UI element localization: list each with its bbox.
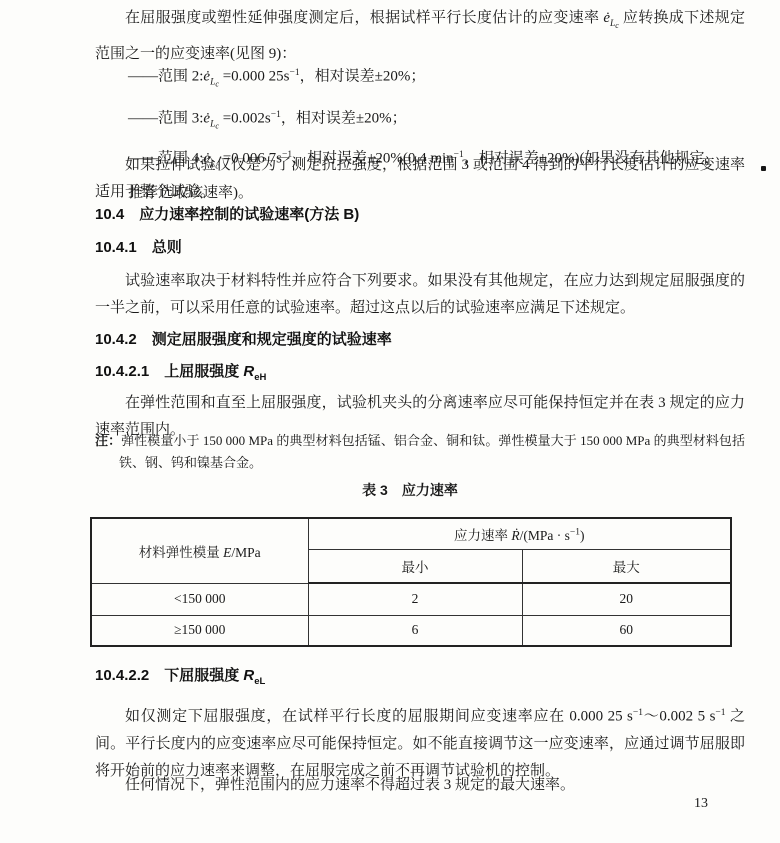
table-cell-modulus-ge: ≥150 000: [91, 615, 308, 646]
table-header-material-modulus: 材料弹性模量 E/MPa: [91, 518, 308, 583]
final-paragraph-block: 任何情况下，弹性范围内的应力速率不得超过表 3 规定的最大速率。: [95, 772, 745, 799]
text-segment: eH: [254, 372, 266, 383]
text-segment: R: [243, 667, 254, 684]
text-segment: −1: [715, 708, 725, 718]
note-elastic-modulus: 注：弹性模量小于 150 000 MPa 的典型材料包括锰、铝合金、铜和钛。弹性…: [95, 430, 745, 474]
text-segment: ，相对误差±20%；: [281, 110, 407, 126]
table-row: <150 000 2 20: [91, 583, 731, 615]
table-cell-modulus-lt: <150 000: [91, 583, 308, 615]
section-10-4-1-block: 10.4.1 总则: [95, 238, 745, 258]
text-segment: ——范围 3:: [128, 110, 203, 126]
text-segment: −1: [633, 708, 643, 718]
text-segment: −1: [290, 68, 300, 78]
text-segment: /MPa: [231, 545, 260, 560]
tensile-strength-paragraph-block: 如果拉伸试验仅仅是为了测定抗拉强度，根据范围 3 或范围 4 得到的平行长度估计…: [95, 152, 745, 206]
paragraph-general-rules: 试验速率取决于材料特性并应符合下列要求。如果没有其他规定，在应力达到规定屈服强度…: [95, 268, 745, 322]
general-rules-paragraph-block: 试验速率取决于材料特性并应符合下列要求。如果没有其他规定，在应力达到规定屈服强度…: [95, 268, 745, 322]
section-10-4-block: 10.4 应力速率控制的试验速率(方法 B): [95, 205, 745, 225]
table-cell-min-lt: 2: [308, 583, 522, 615]
table-cell-max-ge: 60: [522, 615, 731, 646]
text-segment: ～0.002 5 s: [643, 709, 715, 725]
table-header-min: 最小: [308, 549, 522, 583]
paragraph-tensile-strength-only: 如果拉伸试验仅仅是为了测定抗拉强度，根据范围 3 或范围 4 得到的平行长度估计…: [95, 152, 745, 206]
table-header-max: 最大: [522, 549, 731, 583]
text-segment: 在屈服强度或塑性延伸强度测定后，根据试样平行长度估计的应变速率: [125, 10, 603, 26]
list-item-range-3: ——范围 3:ėLc =0.002s−1，相对误差±20%；: [128, 102, 745, 140]
note-label: 注：: [95, 433, 121, 448]
page-number: 13: [694, 796, 708, 812]
text-segment: R: [243, 363, 254, 380]
table-cell-min-ge: 6: [308, 615, 522, 646]
table-caption: 表 3 应力速率: [90, 481, 730, 499]
text-segment: Ṙ: [511, 528, 519, 543]
text-segment: ——范围 2:: [128, 69, 203, 85]
paragraph-max-rate-limit: 任何情况下，弹性范围内的应力速率不得超过表 3 规定的最大速率。: [95, 772, 745, 799]
text-segment: 应力速率: [454, 528, 511, 543]
text-segment: 如仅测定下屈服强度，在试样平行长度的屈服期间应变速率应在 0.000 25 s: [125, 709, 633, 725]
section-heading-10-4-2: 10.4.2 测定屈服强度和规定强度的试验速率: [95, 330, 745, 350]
table-row: ≥150 000 6 60: [91, 615, 731, 646]
text-segment: =0.002s: [219, 110, 271, 126]
table-cell-max-lt: 20: [522, 583, 731, 615]
text-segment: ė: [603, 10, 610, 26]
document-page: 在屈服强度或塑性延伸强度测定后，根据试样平行长度估计的应变速率 ėLc 应转换成…: [0, 0, 780, 843]
section-10-4-2-1-block: 10.4.2.1 上屈服强度 ReH: [95, 362, 745, 388]
text-segment: 10.4.2.1 上屈服强度: [95, 363, 243, 380]
text-segment: =0.000 25s: [219, 69, 290, 85]
section-10-4-2-2-block: 10.4.2.2 下屈服强度 ReL: [95, 666, 745, 692]
note-block: 注：弹性模量小于 150 000 MPa 的典型材料包括锰、铝合金、铜和钛。弹性…: [95, 430, 745, 474]
scan-speck: [761, 166, 766, 171]
section-heading-10-4-2-1: 10.4.2.1 上屈服强度 ReH: [95, 362, 745, 388]
text-segment: −1: [271, 110, 281, 120]
text-segment: −1: [570, 527, 580, 537]
section-heading-10-4-1: 10.4.1 总则: [95, 238, 745, 258]
note-text: 弹性模量小于 150 000 MPa 的典型材料包括锰、铝合金、铜和钛。弹性模量…: [119, 433, 745, 470]
text-segment: eL: [254, 676, 265, 687]
section-heading-10-4: 10.4 应力速率控制的试验速率(方法 B): [95, 205, 745, 225]
text-segment: 材料弹性模量: [139, 545, 223, 560]
table-3-stress-rate: 材料弹性模量 E/MPa 应力速率 Ṙ/(MPa · s−1) 最小 最大 <1…: [90, 517, 732, 647]
text-segment: ，相对误差±20%；: [300, 69, 426, 85]
list-item-range-2: ——范围 2:ėLc =0.000 25s−1，相对误差±20%；: [128, 60, 745, 98]
text-segment: /(MPa · s: [520, 528, 570, 543]
intro-paragraph-block: 在屈服强度或塑性延伸强度测定后，根据试样平行长度估计的应变速率 ėLc 应转换成…: [95, 4, 745, 68]
table-3-block: 材料弹性模量 E/MPa 应力速率 Ṙ/(MPa · s−1) 最小 最大 <1…: [90, 517, 730, 647]
text-segment: 10.4.2.2 下屈服强度: [95, 667, 243, 684]
text-segment: ): [580, 528, 585, 543]
section-10-4-2-block: 10.4.2 测定屈服强度和规定强度的试验速率: [95, 330, 745, 350]
paragraph-strain-rate-intro: 在屈服强度或塑性延伸强度测定后，根据试样平行长度估计的应变速率 ėLc 应转换成…: [95, 4, 745, 68]
section-heading-10-4-2-2: 10.4.2.2 下屈服强度 ReL: [95, 666, 745, 692]
table-header-stress-rate-group: 应力速率 Ṙ/(MPa · s−1): [308, 518, 731, 549]
